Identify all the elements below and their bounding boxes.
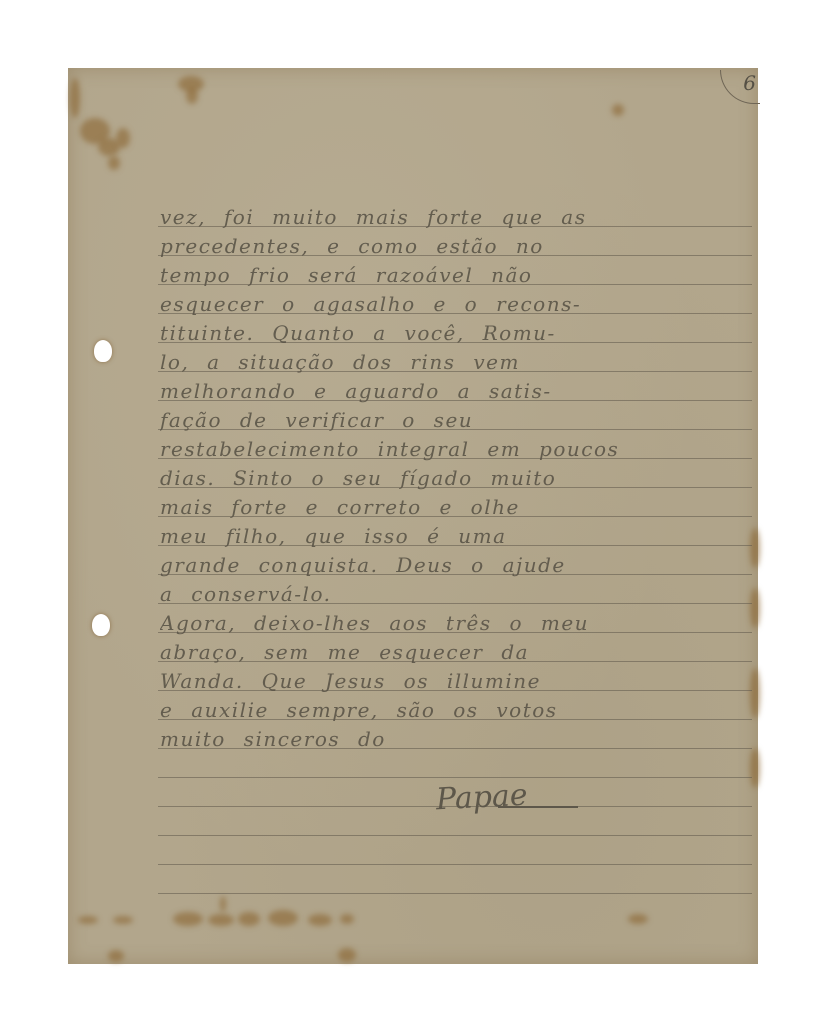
stain bbox=[208, 914, 234, 926]
letter-line: e auxilie sempre, são os votos bbox=[160, 696, 750, 725]
stain bbox=[173, 912, 203, 926]
ruled-line bbox=[158, 835, 752, 836]
stain bbox=[750, 528, 760, 568]
ruled-line bbox=[158, 893, 752, 894]
stain bbox=[340, 914, 354, 924]
letter-line: lo, a situação dos rins vem bbox=[160, 348, 750, 377]
letter-line: tempo frio será razoável não bbox=[160, 261, 750, 290]
stain bbox=[108, 156, 120, 170]
stain bbox=[70, 78, 80, 118]
stain bbox=[108, 950, 124, 962]
letter-line: muito sinceros do bbox=[160, 725, 750, 754]
letter-line: abraço, sem me esquecer da bbox=[160, 638, 750, 667]
letter-line: grande conquista. Deus o ajude bbox=[160, 551, 750, 580]
letter-line: restabelecimento integral em poucos bbox=[160, 435, 750, 464]
stain bbox=[338, 948, 356, 962]
stain bbox=[220, 896, 226, 912]
letter-line: meu filho, que isso é uma bbox=[160, 522, 750, 551]
letter-line: a conservá-lo. bbox=[160, 580, 750, 609]
stain bbox=[268, 910, 298, 926]
ruled-line bbox=[158, 777, 752, 778]
letter-line: precedentes, e como estão no bbox=[160, 232, 750, 261]
stain bbox=[612, 104, 624, 116]
letter-line: Wanda. Que Jesus os illumine bbox=[160, 667, 750, 696]
stain bbox=[750, 748, 760, 788]
stain bbox=[628, 914, 648, 924]
punch-hole-top bbox=[94, 340, 112, 362]
stain bbox=[186, 88, 198, 104]
stain bbox=[113, 916, 133, 924]
punch-hole-bottom bbox=[92, 614, 110, 636]
page-number: 6 bbox=[720, 70, 760, 104]
stain bbox=[238, 912, 260, 926]
stain bbox=[750, 588, 760, 628]
signature-flourish bbox=[498, 806, 578, 808]
letter-line: mais forte e correto e olhe bbox=[160, 493, 750, 522]
signature: Papae bbox=[435, 778, 528, 818]
letter-line: melhorando e aguardo a satis- bbox=[160, 377, 750, 406]
letter-page: 6 vez, foi muito mais forte que as prece… bbox=[68, 68, 758, 964]
letter-line: vez, foi muito mais forte que as bbox=[160, 203, 750, 232]
stain bbox=[308, 914, 332, 926]
letter-line: tituinte. Quanto a você, Romu- bbox=[160, 319, 750, 348]
stain bbox=[116, 128, 130, 148]
stain bbox=[78, 916, 98, 924]
letter-line: fação de verificar o seu bbox=[160, 406, 750, 435]
stain bbox=[750, 668, 760, 718]
ruled-line bbox=[158, 864, 752, 865]
letter-line: dias. Sinto o seu fígado muito bbox=[160, 464, 750, 493]
letter-line: esquecer o agasalho e o recons- bbox=[160, 290, 750, 319]
letter-line: Agora, deixo-lhes aos três o meu bbox=[160, 609, 750, 638]
